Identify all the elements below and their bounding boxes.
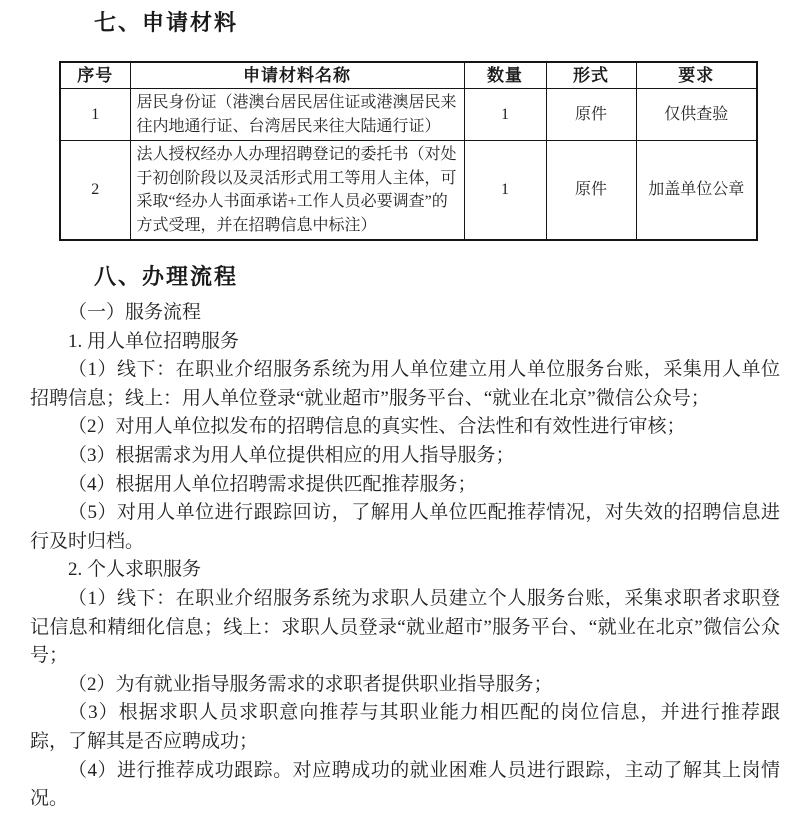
process-flow-section: （一）服务流程 1. 用人单位招聘服务 （1）线下：在职业介绍服务系统为用人单位… (30, 299, 780, 814)
table-header-row: 序号 申请材料名称 数量 形式 要求 (60, 62, 757, 89)
paragraph-jobseeker-step-1: （1）线下：在职业介绍服务系统为求职人员建立个人服务台账，采集求职者求职登记信息… (30, 585, 780, 671)
cell-quantity: 1 (464, 89, 546, 141)
cell-form: 原件 (546, 89, 636, 141)
cell-form: 原件 (546, 141, 636, 241)
col-header-serial-no: 序号 (60, 62, 130, 89)
cell-serial-no: 2 (60, 141, 130, 241)
table-row: 2 法人授权经办人办理招聘登记的委托书（对处于初创阶段以及灵活形式用工等用人主体… (60, 141, 757, 241)
cell-requirement: 仅供查验 (636, 89, 757, 141)
paragraph-employer-step-4: （4）根据用人单位招聘需求提供匹配推荐服务； (30, 471, 780, 500)
cell-material-name: 居民身份证（港澳台居民居住证或港澳居民来往内地通行证、台湾居民来往大陆通行证） (130, 89, 464, 141)
application-materials-table: 序号 申请材料名称 数量 形式 要求 1 居民身份证（港澳台居民居住证或港澳居民… (59, 61, 758, 241)
cell-requirement: 加盖单位公章 (636, 141, 757, 241)
paragraph-employer-step-2: （2）对用人单位拟发布的招聘信息的真实性、合法性和有效性进行审核； (30, 413, 780, 442)
paragraph-jobseeker-service-label: 2. 个人求职服务 (30, 556, 780, 585)
section-8-heading: 八、办理流程 (94, 263, 780, 291)
table-header: 序号 申请材料名称 数量 形式 要求 (60, 62, 757, 89)
cell-serial-no: 1 (60, 89, 130, 141)
paragraph-employer-step-1: （1）线下：在职业介绍服务系统为用人单位建立用人单位服务台账，采集用人单位招聘信… (30, 356, 780, 413)
paragraph-employer-service-label: 1. 用人单位招聘服务 (30, 328, 780, 357)
col-header-quantity: 数量 (464, 62, 546, 89)
paragraph-jobseeker-step-2: （2）为有就业指导服务需求的求职者提供职业指导服务； (30, 671, 780, 700)
paragraph-jobseeker-step-4: （4）进行推荐成功跟踪。对应聘成功的就业困难人员进行跟踪，主动了解其上岗情况。 (30, 757, 780, 814)
document-page: 七、申请材料 序号 申请材料名称 数量 形式 要求 1 居民身份证（港澳台居民居… (0, 0, 810, 814)
section-7-heading: 七、申请材料 (94, 0, 780, 37)
table-row: 1 居民身份证（港澳台居民居住证或港澳居民来往内地通行证、台湾居民来往大陆通行证… (60, 89, 757, 141)
paragraph-service-flow-label: （一）服务流程 (30, 299, 780, 328)
col-header-form: 形式 (546, 62, 636, 89)
paragraph-employer-step-3: （3）根据需求为用人单位提供相应的用人指导服务； (30, 442, 780, 471)
cell-quantity: 1 (464, 141, 546, 241)
cell-material-name: 法人授权经办人办理招聘登记的委托书（对处于初创阶段以及灵活形式用工等用人主体，可… (130, 141, 464, 241)
col-header-requirement: 要求 (636, 62, 757, 89)
paragraph-jobseeker-step-3: （3）根据求职人员求职意向推荐与其职业能力相匹配的岗位信息，并进行推荐跟踪，了解… (30, 699, 780, 756)
paragraph-employer-step-5: （5）对用人单位进行跟踪回访，了解用人单位匹配推荐情况，对失效的招聘信息进行及时… (30, 499, 780, 556)
col-header-material-name: 申请材料名称 (130, 62, 464, 89)
